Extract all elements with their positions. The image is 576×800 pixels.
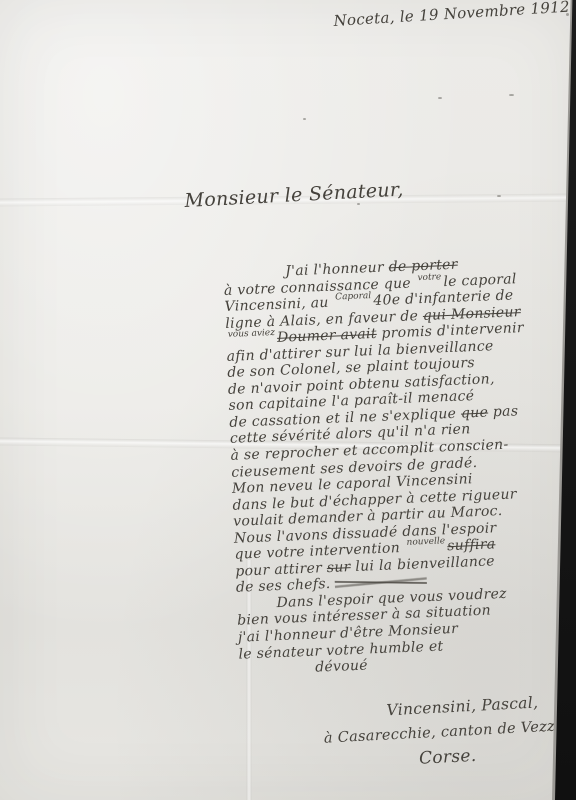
line-text: pas	[488, 403, 519, 420]
struck-out-scribble	[335, 575, 427, 590]
inserted-word: votre	[417, 272, 441, 283]
line-text: dévoué	[315, 658, 368, 676]
struck-out-text: suffira	[447, 537, 496, 555]
inserted-word: nouvelle	[406, 537, 445, 549]
letter-salutation: Monsieur le Sénateur,	[184, 179, 404, 212]
scanned-letter-page: Noceta, le 19 Novembre 1912. Monsieur le…	[0, 0, 576, 800]
ink-speck	[438, 97, 442, 99]
signature-block: Vincensini, Pascal, à Casarecchie, canto…	[318, 689, 572, 777]
scanner-edge	[546, 0, 576, 800]
ink-speck	[497, 195, 501, 197]
ink-speck	[509, 94, 514, 96]
letter-dateline: Noceta, le 19 Novembre 1912.	[333, 0, 569, 30]
inserted-word: Caporal	[335, 291, 371, 302]
letter-body: J'ai l'honneur de porterà votre connaiss…	[223, 252, 576, 679]
inserted-word: vous aviez	[228, 328, 276, 340]
ink-speck	[357, 203, 360, 205]
struck-out-text: que	[461, 404, 489, 421]
struck-out-text: sur	[327, 559, 351, 576]
ink-speck	[303, 118, 306, 120]
scanner-background-strip	[546, 0, 576, 800]
